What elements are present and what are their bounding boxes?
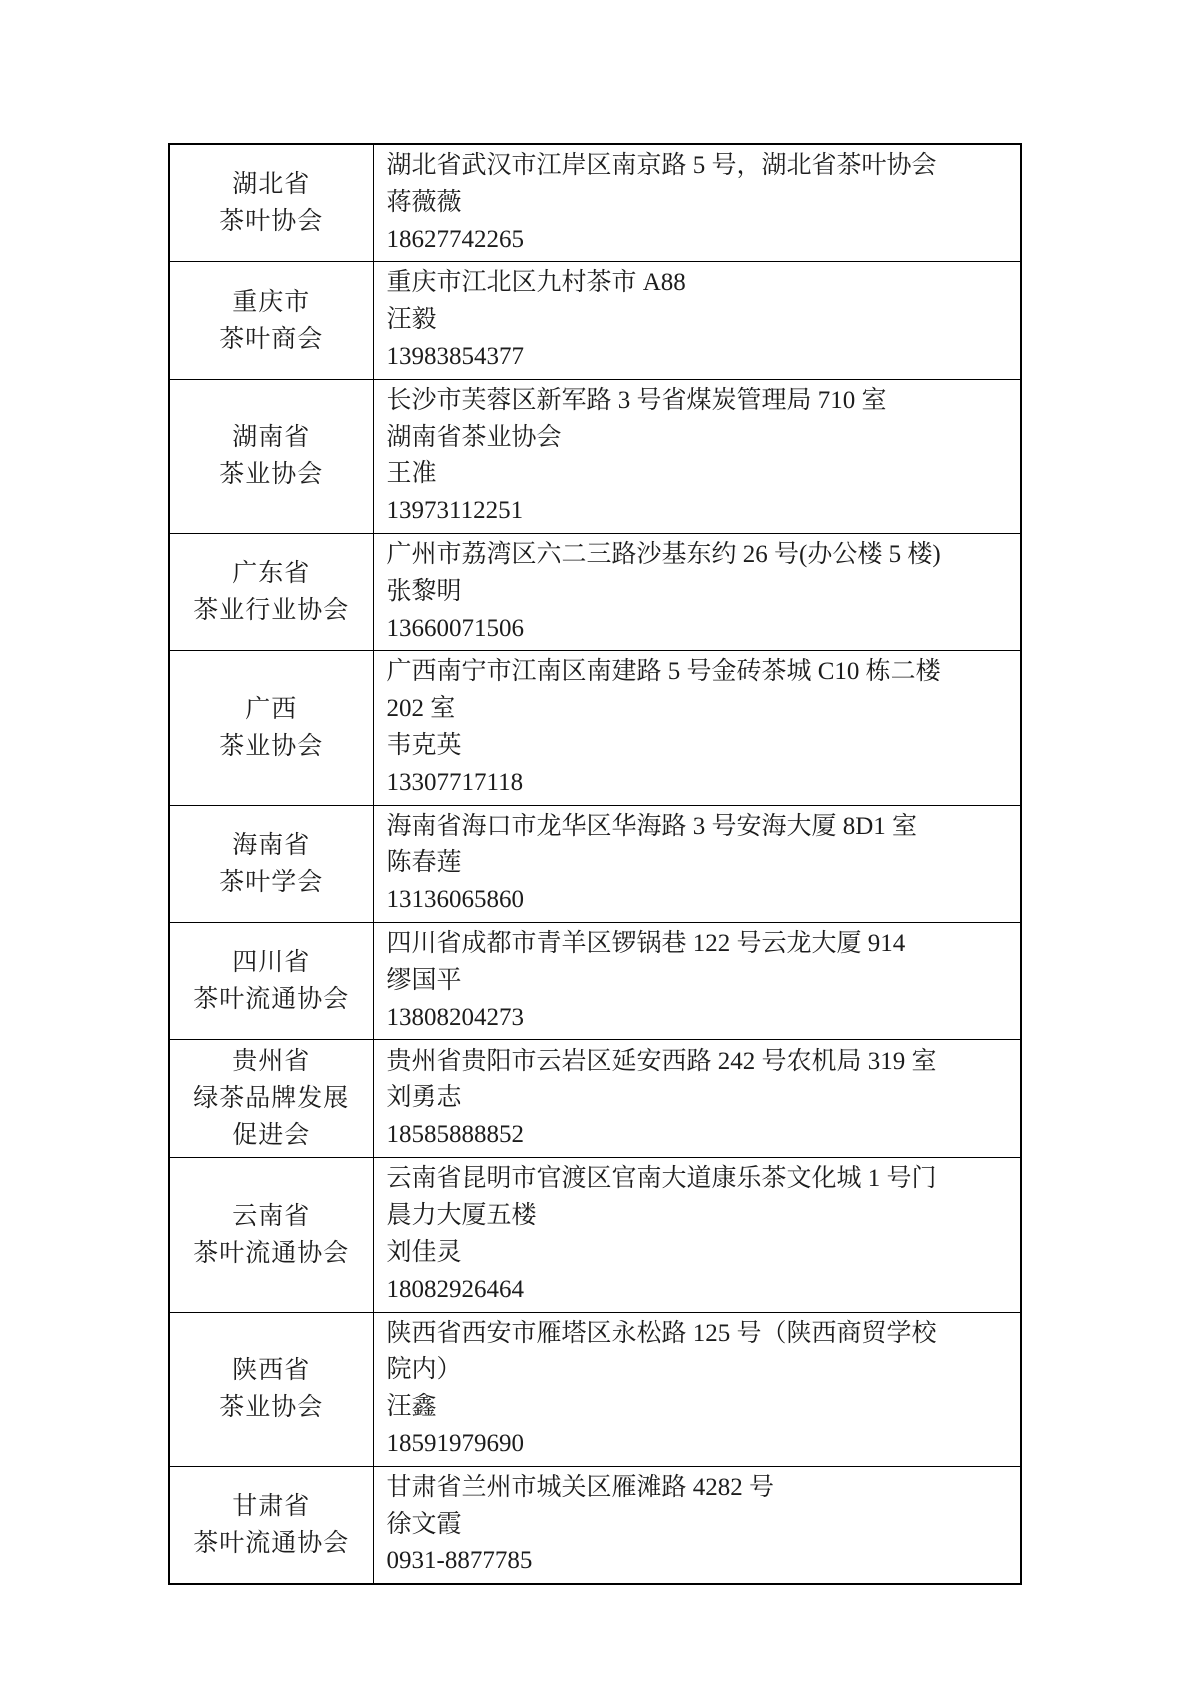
contact-cell: 海南省海口市龙华区华海路 3 号安海大厦 8D1 室 陈春莲 131360658… [373,805,1021,922]
org-cell: 贵州省 绿茶品牌发展 促进会 [169,1040,373,1158]
org-name-line: 云南省 [176,1198,367,1235]
contact-name-line: 汪鑫 [387,1389,1011,1426]
associations-table: 湖北省 茶叶协会 湖北省武汉市江岸区南京路 5 号，湖北省茶叶协会 蒋薇薇 18… [168,143,1022,1585]
org-name-line: 茶叶商会 [176,321,367,358]
contact-cell: 长沙市芙蓉区新军路 3 号省煤炭管理局 710 室 湖南省茶业协会 王准 139… [373,379,1021,533]
org-cell: 重庆市 茶叶商会 [169,262,373,379]
contact-cell: 四川省成都市青羊区锣锅巷 122 号云龙大厦 914 缪国平 138082042… [373,922,1021,1039]
address-line: 长沙市芙蓉区新军路 3 号省煤炭管理局 710 室 [387,383,1011,420]
org-name-line: 陕西省 [176,1352,367,1389]
table-row: 贵州省 绿茶品牌发展 促进会 贵州省贵阳市云岩区延安西路 242 号农机局 31… [169,1040,1021,1158]
org-cell: 湖南省 茶业协会 [169,379,373,533]
org-cell: 云南省 茶叶流通协会 [169,1158,373,1312]
phone-line: 13808204273 [387,1000,1011,1037]
table-row: 广西 茶业协会 广西南宁市江南区南建路 5 号金砖茶城 C10 栋二楼 202 … [169,651,1021,805]
phone-line: 0931-8877785 [387,1543,1011,1580]
contact-cell: 陕西省西安市雁塔区永松路 125 号（陕西商贸学校 院内） 汪鑫 1859197… [373,1312,1021,1466]
contact-cell: 贵州省贵阳市云岩区延安西路 242 号农机局 319 室 刘勇志 1858588… [373,1040,1021,1158]
address-line: 院内） [387,1352,1011,1389]
contact-name-line: 缪国平 [387,963,1011,1000]
table-row: 广东省 茶业行业协会 广州市荔湾区六二三路沙基东约 26 号(办公楼 5 楼) … [169,533,1021,650]
org-name-line: 茶叶流通协会 [176,1235,367,1272]
address-line: 四川省成都市青羊区锣锅巷 122 号云龙大厦 914 [387,926,1011,963]
phone-line: 13660071506 [387,611,1011,648]
org-cell: 湖北省 茶叶协会 [169,144,373,262]
phone-line: 13983854377 [387,339,1011,376]
table-row: 甘肃省 茶叶流通协会 甘肃省兰州市城关区雁滩路 4282 号 徐文霞 0931-… [169,1466,1021,1584]
contact-name-line: 刘勇志 [387,1080,1011,1117]
org-name-line: 四川省 [176,944,367,981]
org-name-line: 茶业协会 [176,728,367,765]
org-name-line: 茶叶学会 [176,864,367,901]
address-line: 贵州省贵阳市云岩区延安西路 242 号农机局 319 室 [387,1044,1011,1081]
address-line: 海南省海口市龙华区华海路 3 号安海大厦 8D1 室 [387,809,1011,846]
org-name-line: 湖南省 [176,419,367,456]
document-page: 湖北省 茶叶协会 湖北省武汉市江岸区南京路 5 号，湖北省茶叶协会 蒋薇薇 18… [0,0,1190,1683]
address-line: 湖北省武汉市江岸区南京路 5 号，湖北省茶叶协会 [387,148,1011,185]
address-line: 202 室 [387,691,1011,728]
contact-cell: 重庆市江北区九村茶市 A88 汪毅 13983854377 [373,262,1021,379]
table-row: 湖北省 茶叶协会 湖北省武汉市江岸区南京路 5 号，湖北省茶叶协会 蒋薇薇 18… [169,144,1021,262]
org-name-line: 贵州省 [176,1043,367,1080]
contact-name-line: 汪毅 [387,302,1011,339]
contact-name-line: 蒋薇薇 [387,185,1011,222]
table-row: 云南省 茶叶流通协会 云南省昆明市官渡区官南大道康乐茶文化城 1 号门 晨力大厦… [169,1158,1021,1312]
table-row: 陕西省 茶业协会 陕西省西安市雁塔区永松路 125 号（陕西商贸学校 院内） 汪… [169,1312,1021,1466]
contact-name-line: 韦克英 [387,728,1011,765]
contact-cell: 甘肃省兰州市城关区雁滩路 4282 号 徐文霞 0931-8877785 [373,1466,1021,1584]
org-name-line: 广西 [176,691,367,728]
org-name-line: 茶业协会 [176,1389,367,1426]
phone-line: 18627742265 [387,222,1011,259]
org-name-line: 茶业协会 [176,456,367,493]
phone-line: 13973112251 [387,493,1011,530]
org-name-line: 广东省 [176,555,367,592]
org-name-line: 茶叶流通协会 [176,981,367,1018]
org-name-line: 绿茶品牌发展 [176,1080,367,1117]
contact-cell: 广西南宁市江南区南建路 5 号金砖茶城 C10 栋二楼 202 室 韦克英 13… [373,651,1021,805]
contact-cell: 湖北省武汉市江岸区南京路 5 号，湖北省茶叶协会 蒋薇薇 18627742265 [373,144,1021,262]
org-cell: 广东省 茶业行业协会 [169,533,373,650]
contact-name-line: 王准 [387,456,1011,493]
org-cell: 四川省 茶叶流通协会 [169,922,373,1039]
contact-name-line: 徐文霞 [387,1507,1011,1544]
table-row: 四川省 茶叶流通协会 四川省成都市青羊区锣锅巷 122 号云龙大厦 914 缪国… [169,922,1021,1039]
contact-name-line: 张黎明 [387,574,1011,611]
table-row: 海南省 茶叶学会 海南省海口市龙华区华海路 3 号安海大厦 8D1 室 陈春莲 … [169,805,1021,922]
org-name-line: 重庆市 [176,284,367,321]
org-cell: 广西 茶业协会 [169,651,373,805]
address-line: 陕西省西安市雁塔区永松路 125 号（陕西商贸学校 [387,1316,1011,1353]
address-line: 广西南宁市江南区南建路 5 号金砖茶城 C10 栋二楼 [387,654,1011,691]
org-name-line: 海南省 [176,827,367,864]
address-line: 甘肃省兰州市城关区雁滩路 4282 号 [387,1470,1011,1507]
contact-name-line: 刘佳灵 [387,1235,1011,1272]
org-cell: 海南省 茶叶学会 [169,805,373,922]
org-cell: 陕西省 茶业协会 [169,1312,373,1466]
address-line: 云南省昆明市官渡区官南大道康乐茶文化城 1 号门 [387,1161,1011,1198]
org-name-line: 促进会 [176,1117,367,1154]
phone-line: 13136065860 [387,882,1011,919]
phone-line: 18591979690 [387,1426,1011,1463]
org-name-line: 茶业行业协会 [176,592,367,629]
contact-cell: 云南省昆明市官渡区官南大道康乐茶文化城 1 号门 晨力大厦五楼 刘佳灵 1808… [373,1158,1021,1312]
org-name-line: 茶叶协会 [176,203,367,240]
address-line: 晨力大厦五楼 [387,1198,1011,1235]
table-row: 湖南省 茶业协会 长沙市芙蓉区新军路 3 号省煤炭管理局 710 室 湖南省茶业… [169,379,1021,533]
org-name-line: 湖北省 [176,166,367,203]
phone-line: 18585888852 [387,1117,1011,1154]
contact-cell: 广州市荔湾区六二三路沙基东约 26 号(办公楼 5 楼) 张黎明 1366007… [373,533,1021,650]
contact-name-line: 陈春莲 [387,845,1011,882]
address-line: 湖南省茶业协会 [387,420,1011,457]
org-name-line: 甘肃省 [176,1488,367,1525]
address-line: 重庆市江北区九村茶市 A88 [387,265,1011,302]
org-name-line: 茶叶流通协会 [176,1525,367,1562]
table-row: 重庆市 茶叶商会 重庆市江北区九村茶市 A88 汪毅 13983854377 [169,262,1021,379]
phone-line: 18082926464 [387,1272,1011,1309]
org-cell: 甘肃省 茶叶流通协会 [169,1466,373,1584]
address-line: 广州市荔湾区六二三路沙基东约 26 号(办公楼 5 楼) [387,537,1011,574]
phone-line: 13307717118 [387,765,1011,802]
